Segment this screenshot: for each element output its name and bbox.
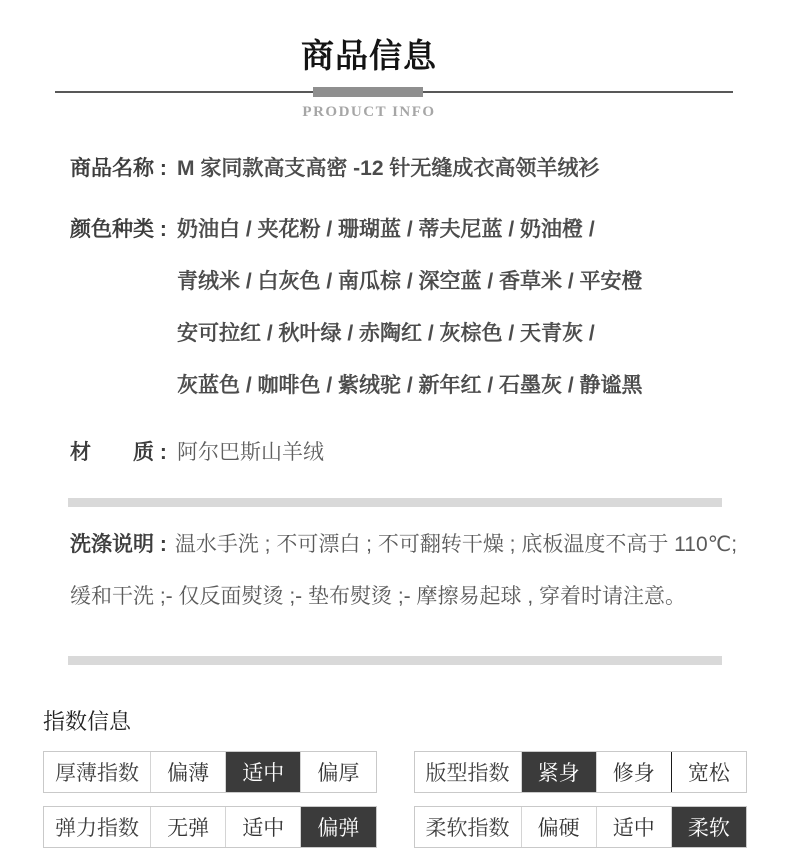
index-label-cell: 版型指数	[415, 752, 522, 792]
color-line-2: 青绒米 / 白灰色 / 南瓜棕 / 深空蓝 / 香草米 / 平安橙	[177, 256, 643, 308]
color-types-row: 安可拉红 / 秋叶绿 / 赤陶红 / 灰棕色 / 天青灰 /	[70, 308, 740, 360]
index-label-cell: 柔软指数	[415, 807, 522, 847]
index-info-heading: 指数信息	[43, 707, 790, 737]
index-label-cell: 厚薄指数	[44, 752, 151, 792]
color-line-1: 奶油白 / 夹花粉 / 珊瑚蓝 / 蒂夫尼蓝 / 奶油橙 /	[177, 204, 595, 256]
elasticity-index-table: 弹力指数 无弹 适中 偏弹	[43, 806, 377, 848]
title-divider	[0, 87, 790, 97]
index-option-cell: 宽松	[672, 752, 746, 792]
wash-line-1: 洗涤说明 :温水手洗 ; 不可漂白 ; 不可翻转干燥 ; 底板温度不高于 110…	[70, 519, 740, 571]
section-divider	[68, 656, 722, 665]
color-types-row: 颜色种类 : 奶油白 / 夹花粉 / 珊瑚蓝 / 蒂夫尼蓝 / 奶油橙 /	[70, 204, 740, 256]
wash-line-2: 缓和干洗 ;- 仅反面熨烫 ;- 垫布熨烫 ;- 摩擦易起球 , 穿着时请注意。	[70, 571, 740, 623]
index-option-cell: 适中	[226, 807, 301, 847]
index-option-cell-selected: 偏弹	[301, 807, 375, 847]
wash-label: 洗涤说明 :	[70, 533, 167, 556]
section-divider	[68, 498, 722, 507]
index-option-cell: 偏硬	[522, 807, 597, 847]
page-subtitle: PRODUCT INFO	[0, 104, 764, 121]
wash-text-1: 温水手洗 ; 不可漂白 ; 不可翻转干燥 ; 底板温度不高于 110℃;	[175, 533, 737, 556]
product-name-value: M 家同款高支高密 -12 针无缝成衣高领羊绒衫	[177, 143, 599, 195]
index-option-cell: 修身	[597, 752, 672, 792]
material-value: 阿尔巴斯山羊绒	[177, 427, 324, 479]
index-option-cell: 无弹	[151, 807, 226, 847]
color-types-row: 青绒米 / 白灰色 / 南瓜棕 / 深空蓝 / 香草米 / 平安橙	[70, 256, 740, 308]
index-option-cell: 偏薄	[151, 752, 226, 792]
product-name-label: 商品名称 :	[70, 143, 177, 195]
product-info-section: 商品名称 : M 家同款高支高密 -12 针无缝成衣高领羊绒衫 颜色种类 : 奶…	[70, 143, 740, 479]
color-types-label: 颜色种类 :	[70, 204, 177, 256]
page-title: 商品信息	[0, 30, 764, 77]
title-accent-block	[313, 87, 423, 97]
product-name-row: 商品名称 : M 家同款高支高密 -12 针无缝成衣高领羊绒衫	[70, 143, 740, 195]
softness-index-table: 柔软指数 偏硬 适中 柔软	[414, 806, 748, 848]
index-label-cell: 弹力指数	[44, 807, 151, 847]
color-line-4: 灰蓝色 / 咖啡色 / 紫绒驼 / 新年红 / 石墨灰 / 静谧黑	[177, 360, 643, 412]
washing-instructions-section: 洗涤说明 :温水手洗 ; 不可漂白 ; 不可翻转干燥 ; 底板温度不高于 110…	[70, 519, 740, 623]
index-option-cell-selected: 紧身	[522, 752, 597, 792]
material-label: 材 质 :	[70, 427, 177, 479]
index-option-cell-selected: 适中	[226, 752, 301, 792]
fit-index-table: 版型指数 紧身 修身 宽松	[414, 751, 748, 793]
color-types-row: 灰蓝色 / 咖啡色 / 紫绒驼 / 新年红 / 石墨灰 / 静谧黑	[70, 360, 740, 412]
index-option-cell: 适中	[597, 807, 672, 847]
material-row: 材 质 : 阿尔巴斯山羊绒	[70, 427, 740, 479]
color-line-3: 安可拉红 / 秋叶绿 / 赤陶红 / 灰棕色 / 天青灰 /	[177, 308, 595, 360]
index-option-cell: 偏厚	[301, 752, 375, 792]
index-tables: 厚薄指数 偏薄 适中 偏厚 版型指数 紧身 修身 宽松 弹力指数 无弹 适中 偏…	[43, 751, 747, 848]
thickness-index-table: 厚薄指数 偏薄 适中 偏厚	[43, 751, 377, 793]
index-option-cell-selected: 柔软	[672, 807, 746, 847]
